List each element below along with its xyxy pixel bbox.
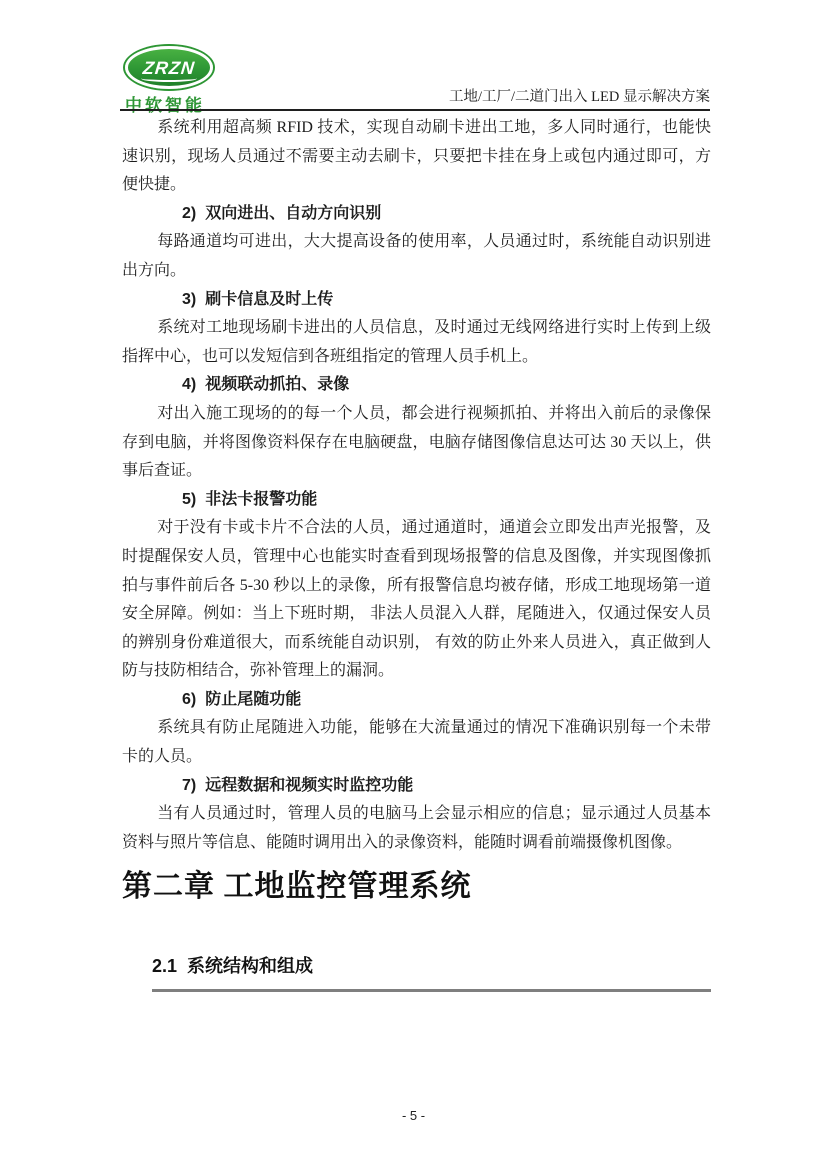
intro-paragraph: 系统利用超高频 RFID 技术，实现自动刷卡进出工地，多人同时通行，也能快速识别… [122,114,711,200]
heading-number: 7) [182,772,196,801]
heading-title: 双向进出、自动方向识别 [205,205,381,222]
paragraph-7: 当有人员通过时，管理人员的电脑马上会显示相应的信息；显示通过人员基本资料与照片等… [122,800,711,857]
logo-ellipse-icon: ZRZN [125,46,213,89]
section-divider [152,989,711,992]
numbered-heading-7: 7)远程数据和视频实时监控功能 [122,772,711,801]
paragraph-2: 每路通道均可进出，大大提高设备的使用率，人员通过时，系统能自动识别进出方向。 [122,228,711,285]
paragraph-4: 对出入施工现场的的每一个人员，都会进行视频抓拍、并将出入前后的录像保存到电脑，并… [122,400,711,486]
numbered-heading-3: 3)刷卡信息及时上传 [122,286,711,315]
numbered-heading-2: 2)双向进出、自动方向识别 [122,200,711,229]
heading-number: 6) [182,686,196,715]
page-footer: - 5 - [0,1108,827,1123]
heading-title: 防止尾随功能 [205,691,301,708]
paragraph-5: 对于没有卡或卡片不合法的人员，通过通道时，通道会立即发出声光报警，及时提醒保安人… [122,514,711,686]
logo-company-name: 中软智能 [125,91,225,116]
heading-number: 2) [182,200,196,229]
numbered-heading-4: 4)视频联动抓拍、录像 [122,371,711,400]
section-title: 系统结构和组成 [187,956,313,976]
numbered-heading-6: 6)防止尾随功能 [122,686,711,715]
logo-swoosh-icon [141,75,197,82]
heading-number: 5) [182,486,196,515]
logo-text: ZRZN [142,59,196,77]
heading-title: 视频联动抓拍、录像 [205,376,349,393]
heading-number: 4) [182,371,196,400]
document-page: ZRZN 中软智能 工地/工厂/二道门出入 LED 显示解决方案 系统利用超高频… [0,0,827,1169]
section-heading: 2.1系统结构和组成 [122,954,711,978]
page-number: - 5 - [402,1108,425,1123]
company-logo: ZRZN 中软智能 [125,46,225,116]
document-body: 系统利用超高频 RFID 技术，实现自动刷卡进出工地，多人同时通行，也能快速识别… [122,114,711,992]
page-header: ZRZN 中软智能 工地/工厂/二道门出入 LED 显示解决方案 [120,0,710,112]
paragraph-3: 系统对工地现场刷卡进出的人员信息，及时通过无线网络进行实时上传到上级指挥中心，也… [122,314,711,371]
document-title: 工地/工厂/二道门出入 LED 显示解决方案 [449,85,710,106]
heading-title: 非法卡报警功能 [205,491,317,508]
heading-title: 刷卡信息及时上传 [205,291,333,308]
heading-title: 远程数据和视频实时监控功能 [205,777,413,794]
paragraph-6: 系统具有防止尾随进入功能，能够在大流量通过的情况下准确识别每一个未带卡的人员。 [122,714,711,771]
heading-number: 3) [182,286,196,315]
chapter-heading: 第二章 工地监控管理系统 [122,867,711,907]
header-divider [120,109,710,111]
numbered-heading-5: 5)非法卡报警功能 [122,486,711,515]
section-number: 2.1 [152,954,177,978]
